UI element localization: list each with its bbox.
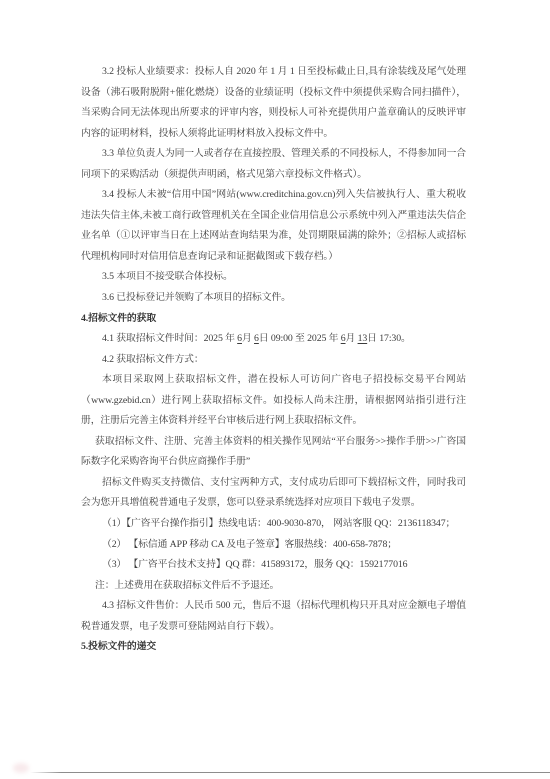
text-segment: 4.1 获取招标文件时间：2025 年: [102, 333, 237, 344]
text-segment: 3.4 投标人未被“信用中国”网站(www.creditchina.gov.cn…: [81, 189, 466, 262]
paragraph: 3.3 单位负责人为同一人或者存在直接控股、管理关系的不同投标人，不得参加同一合…: [81, 144, 466, 185]
text-segment: （1）【广咨平台操作指引】热线电话：400-9030-870， 网站客服 QQ：…: [102, 518, 455, 529]
text-segment: 本项目采取网上获取招标文件，潜在投标人可访问广咨电子招投标交易平台网站（www.…: [81, 374, 466, 426]
text-segment: （2） 【标信通 APP 移动 CA 及电子签章】客服热线：400-658-78…: [102, 539, 397, 550]
paragraph: 4.2 获取招标文件方式：: [81, 350, 466, 371]
text-segment: 3.3 单位负责人为同一人或者存在直接控股、管理关系的不同投标人，不得参加同一合…: [81, 148, 466, 180]
text-segment: 3.5 本项目不接受联合体投标。: [102, 271, 233, 282]
text-segment: 注：上述费用在获取招标文件后不予退还。: [95, 580, 279, 591]
section-heading: 5.投标文件的递交: [81, 637, 466, 658]
document-body: 3.2 投标人业绩要求：投标人自 2020 年 1 月 1 日至投标截止日,具有…: [81, 62, 466, 658]
paragraph: 获取招标文件、注册、完善主体资料的相关操作见网站“平台服务>>操作手册>>广咨国…: [81, 432, 466, 473]
paragraph: 招标文件购买支持微信、支付宝两种方式，支付成功后即可下载招标文件，同时我司会为您…: [81, 473, 466, 514]
paragraph: 本项目采取网上获取招标文件，潜在投标人可访问广咨电子招投标交易平台网站（www.…: [81, 370, 466, 432]
paragraph: 3.2 投标人业绩要求：投标人自 2020 年 1 月 1 日至投标截止日,具有…: [81, 62, 466, 144]
text-segment: 4.招标文件的获取: [81, 313, 156, 324]
footer-divider-line: [30, 772, 550, 773]
text-segment: 招标文件购买支持微信、支付宝两种方式，支付成功后即可下载招标文件，同时我司会为您…: [81, 477, 466, 509]
paragraph: （3） 【广咨平台技术支持】QQ 群：415893172，服务 QQ：15921…: [81, 555, 466, 576]
text-segment: 3.6 已投标登记并领购了本项目的招标文件。: [102, 292, 291, 303]
paragraph: 注：上述费用在获取招标文件后不予退还。: [81, 576, 466, 597]
paragraph: 3.5 本项目不接受联合体投标。: [81, 267, 466, 288]
underlined-value: 13: [358, 333, 368, 344]
paragraph: 3.6 已投标登记并领购了本项目的招标文件。: [81, 288, 466, 309]
text-segment: 5.投标文件的递交: [81, 641, 156, 652]
paragraph: （1）【广咨平台操作指引】热线电话：400-9030-870， 网站客服 QQ：…: [81, 514, 466, 535]
text-segment: 月: [346, 333, 358, 344]
text-segment: （3） 【广咨平台技术支持】QQ 群：415893172，服务 QQ：15921…: [102, 559, 407, 570]
scan-artifact: [13, 763, 29, 773]
paragraph: 4.1 获取招标文件时间：2025 年 6月 6日 09:00 至 2025 年…: [81, 329, 466, 350]
document-page: 3.2 投标人业绩要求：投标人自 2020 年 1 月 1 日至投标截止日,具有…: [0, 0, 550, 779]
text-segment: 获取招标文件、注册、完善主体资料的相关操作见网站“平台服务>>操作手册>>广咨国…: [81, 436, 466, 468]
section-heading: 4.招标文件的获取: [81, 309, 466, 330]
paragraph: （2） 【标信通 APP 移动 CA 及电子签章】客服热线：400-658-78…: [81, 535, 466, 556]
text-segment: 日 17:30。: [367, 333, 411, 344]
text-segment: 4.3 招标文件售价：人民币 500 元，售后不退（招标代理机构只开具对应金额电…: [81, 600, 466, 632]
paragraph: 4.3 招标文件售价：人民币 500 元，售后不退（招标代理机构只开具对应金额电…: [81, 596, 466, 637]
text-segment: 月: [242, 333, 254, 344]
paragraph: 3.4 投标人未被“信用中国”网站(www.creditchina.gov.cn…: [81, 185, 466, 267]
text-segment: 日 09:00 至 2025 年: [259, 333, 341, 344]
text-segment: 4.2 获取招标文件方式：: [102, 354, 204, 365]
text-segment: 3.2 投标人业绩要求：投标人自 2020 年 1 月 1 日至投标截止日,具有…: [81, 66, 466, 139]
